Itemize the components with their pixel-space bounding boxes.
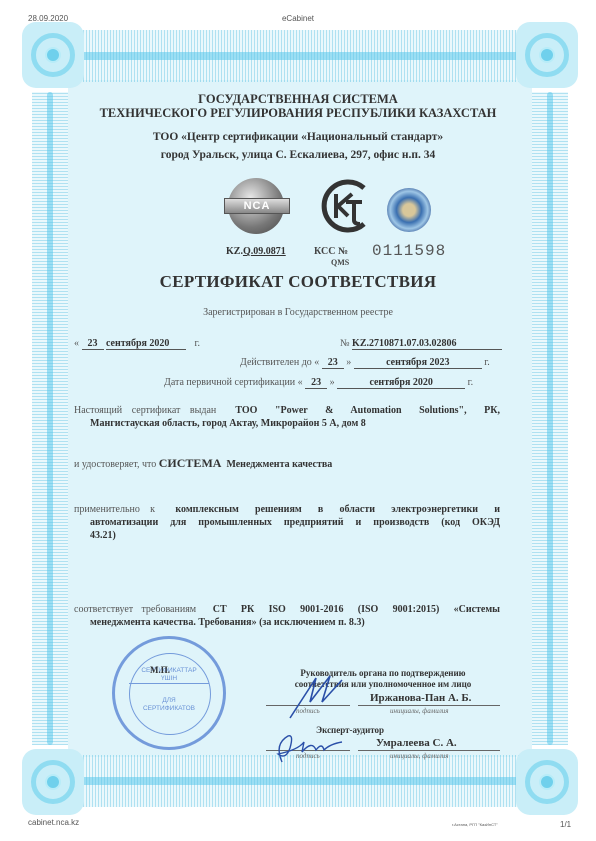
complies-label: соответствует требованиям [74, 604, 196, 615]
expert-signatory-name: Умралеева С. А. [376, 737, 457, 749]
issued-to-address: Мангистауская область, город Актау, Микр… [74, 417, 500, 430]
first-cert-label: Дата первичной сертификации « [164, 377, 303, 388]
quote-mark: » [346, 357, 351, 368]
registered-label: Зарегистрирован в Государственном реестр… [0, 307, 596, 318]
qms-label: QMS [331, 258, 349, 267]
quote-mark: « [74, 338, 79, 349]
head-signatory-name: Иржанова-Пан А. Б. [370, 692, 471, 704]
blank-serial-number: 0111598 [372, 242, 446, 260]
issued-to: Настоящий сертификат выдан ТОО "Power & … [74, 404, 500, 430]
issued-to-label: Настоящий сертификат выдан [74, 405, 216, 416]
registration-number-value: KZ.2710871.07.03.02806 [352, 338, 502, 350]
system-type: Менеджмента качества [226, 459, 332, 470]
hologram-seal-icon [387, 188, 431, 232]
registration-month-year: сентября 2020 [106, 338, 186, 350]
accreditation-codes: KZ.Q.09.0871 КСС № 0111598 QMS [0, 246, 596, 266]
year-suffix: г. [484, 357, 489, 368]
accreditation-number: KZ.Q.09.0871 [226, 246, 286, 257]
first-cert-month-year: сентября 2020 [337, 377, 465, 389]
certificate-document: ГОСУДАРСТВЕННАЯ СИСТЕМА ТЕХНИЧЕСКОГО РЕГ… [0, 0, 596, 841]
authority-line-1: ГОСУДАРСТВЕННАЯ СИСТЕМА [0, 92, 596, 106]
accreditation-prefix: KZ. [226, 246, 243, 257]
certifies-label: и удостоверяет, что [74, 459, 156, 470]
quote-mark: » [330, 377, 335, 388]
head-name-line [358, 705, 500, 706]
standard-line-1: СТ РК ISO 9001-2016 (ISO 9001:2015) «Сис… [213, 604, 500, 615]
expert-signature-icon [268, 730, 344, 764]
certificate-title: СЕРТИФИКАТ СООТВЕТСТВИЯ [0, 272, 596, 292]
kst-conformity-mark-icon [318, 178, 374, 234]
registration-day: 23 [82, 338, 104, 350]
certification-body-address: город Уральск, улица С. Ескалиева, 297, … [0, 146, 596, 164]
authority-line-2: ТЕХНИЧЕСКОГО РЕГУЛИРОВАНИЯ РЕСПУБЛИКИ КА… [0, 106, 596, 120]
applicable-line-1: комплексным решениям в области электроэн… [175, 504, 500, 515]
official-stamp-icon: СЕРТИФИКАТТАР ҮШІН ДЛЯ СЕРТИФИКАТОВ [112, 636, 226, 750]
applicable-to: применительно к комплексным решениям в о… [74, 503, 500, 542]
stamp-text-bottom-2: СЕРТИФИКАТОВ [115, 705, 223, 712]
year-suffix: г. [195, 338, 200, 349]
logos-row: NCA [0, 178, 596, 238]
valid-until-month-year: сентября 2023 [354, 357, 482, 369]
certification-body: ТОО «Центр сертификации «Национальный ст… [0, 128, 596, 164]
accreditation-code: Q.09.0871 [243, 246, 286, 257]
valid-until: Действителен до « 23 » сентября 2023 г. [240, 357, 490, 369]
complies-with: соответствует требованиям СТ РК ISO 9001… [74, 603, 500, 629]
authority-heading: ГОСУДАРСТВЕННАЯ СИСТЕМА ТЕХНИЧЕСКОГО РЕГ… [0, 92, 596, 120]
applicable-label: применительно к [74, 504, 155, 515]
certification-body-name: ТОО «Центр сертификации «Национальный ст… [0, 128, 596, 146]
kss-label: КСС № [314, 246, 348, 257]
first-certification-date: Дата первичной сертификации « 23 » сентя… [164, 377, 473, 389]
valid-until-day: 23 [322, 357, 344, 369]
applicable-line-2: автоматизации для промышленных предприят… [74, 516, 500, 529]
registration-date: « 23 сентября 2020 г. [74, 338, 200, 350]
name-caption: инициалы, фамилия [390, 707, 449, 715]
number-label: № [340, 338, 350, 349]
standard-line-2: менеджмента качества. Требования» (за ис… [74, 616, 500, 629]
year-suffix: г. [468, 377, 473, 388]
first-cert-day: 23 [305, 377, 327, 389]
certifies: и удостоверяет, что СИСТЕМА Менеджмента … [74, 457, 500, 471]
stamp-text-bottom: ДЛЯ [115, 697, 223, 704]
name-caption: инициалы, фамилия [390, 752, 449, 760]
nca-globe-logo-icon: NCA [228, 178, 284, 234]
head-signature-icon [286, 672, 346, 722]
nca-logo-label: NCA [224, 198, 290, 214]
system-label: СИСТЕМА [159, 456, 222, 470]
registration-number: № KZ.2710871.07.03.02806 [340, 338, 502, 350]
expert-name-line [358, 750, 500, 751]
issued-to-company: ТОО "Power & Automation Solutions", РК, [235, 405, 500, 416]
valid-until-label: Действителен до « [240, 357, 319, 368]
applicable-line-3: 43.21) [74, 529, 500, 542]
